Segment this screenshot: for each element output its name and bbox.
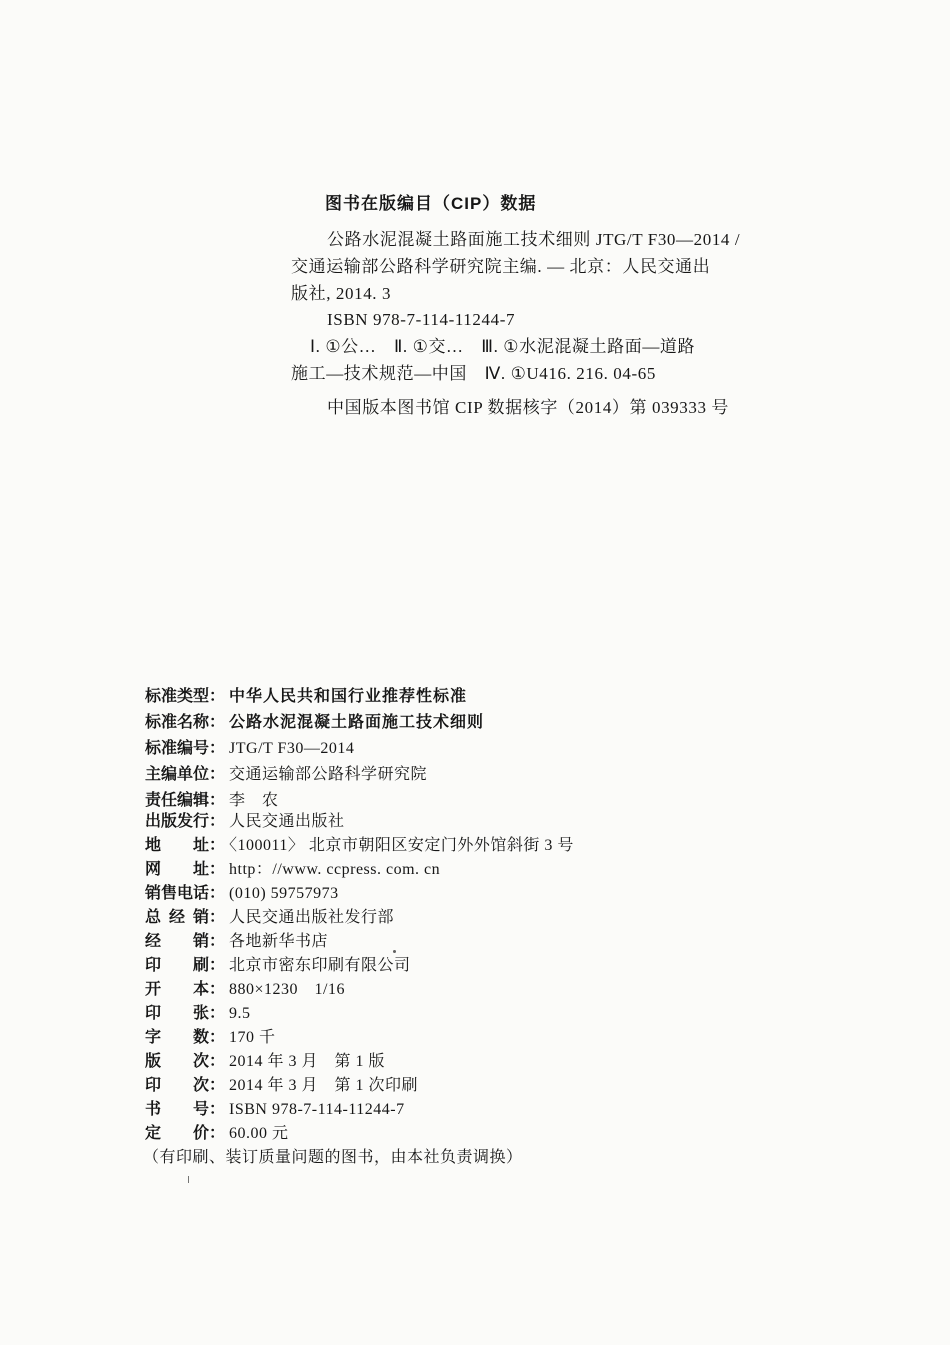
pub-row-word-count: 字数：170 千: [145, 1026, 785, 1050]
row-colon: ：: [209, 909, 225, 926]
row-colon: ：: [209, 957, 225, 974]
row-colon: ：: [209, 933, 225, 950]
row-value: 人民交通出版社发行部: [229, 909, 394, 926]
cip-publisher-line-2: 版社, 2014. 3: [291, 281, 761, 308]
publication-info: 标准类型：中华人民共和国行业推荐性标准 标准名称：公路水泥混凝土路面施工技术细则…: [145, 684, 785, 1170]
row-colon: ：: [209, 885, 225, 902]
cip-publisher-line: 交通运输部公路科学研究院主编. — 北京：人民交通出: [291, 254, 761, 281]
row-label: 书号: [145, 1098, 209, 1122]
row-label: 总经销: [145, 906, 209, 930]
row-value: 2014 年 3 月 第 1 次印刷: [229, 1077, 418, 1094]
pub-row-edition: 版次：2014 年 3 月 第 1 版: [145, 1050, 785, 1074]
row-colon: ：: [209, 792, 225, 809]
cip-heading: 图书在版编目（CIP）数据: [325, 189, 536, 214]
row-value: 交通运输部公路科学研究院: [229, 766, 427, 783]
row-value: 170 千: [229, 1029, 276, 1046]
cip-registry-line: 中国版本图书馆 CIP 数据核字（2014）第 039333 号: [327, 395, 761, 422]
pub-row-printed-sheets: 印张：9.5: [145, 1002, 785, 1026]
cip-classification-line-2: 施工—技术规范—中国 Ⅳ. ①U416. 216. 04-65: [291, 361, 761, 388]
pub-row-chief-editor-unit: 主编单位：交通运输部公路科学研究院: [145, 762, 785, 788]
row-colon: ：: [209, 813, 225, 830]
cip-isbn-line: ISBN 978-7-114-11244-7: [327, 307, 761, 334]
cip-classification-line: Ⅰ. ①公… Ⅱ. ①交… Ⅲ. ①水泥混凝土路面—道路: [310, 334, 761, 361]
cip-body: 公路水泥混凝土路面施工技术细则 JTG/T F30—2014 / 交通运输部公路…: [291, 227, 761, 422]
row-label: 标准类型: [145, 684, 209, 710]
row-label: 销售电话: [145, 882, 209, 906]
row-value: 各地新华书店: [229, 933, 328, 950]
row-value: 人民交通出版社: [229, 813, 345, 830]
pub-row-website: 网址：http：//www. ccpress. com. cn: [145, 858, 785, 882]
row-colon: ：: [209, 861, 225, 878]
pub-row-standard-name: 标准名称：公路水泥混凝土路面施工技术细则: [145, 710, 785, 736]
row-colon: ：: [209, 766, 225, 783]
row-label: 开本: [145, 978, 209, 1002]
row-label: 字数: [145, 1026, 209, 1050]
pub-row-publisher: 出版发行：人民交通出版社: [145, 810, 785, 834]
row-colon: ：: [209, 837, 225, 854]
row-label: 印刷: [145, 954, 209, 978]
row-label: 主编单位: [145, 762, 209, 788]
cip-title-line: 公路水泥混凝土路面施工技术细则 JTG/T F30—2014 /: [327, 227, 761, 254]
pub-row-distributor: 经销：各地新华书店: [145, 930, 785, 954]
row-colon: ：: [209, 1053, 225, 1070]
row-value: 李 农: [229, 792, 279, 809]
row-colon: ：: [209, 981, 225, 998]
row-value: 880×1230 1/16: [229, 981, 345, 998]
pub-row-impression: 印次：2014 年 3 月 第 1 次印刷: [145, 1074, 785, 1098]
row-label: 出版发行: [145, 810, 209, 834]
row-colon: ：: [209, 1029, 225, 1046]
row-value: (010) 59757973: [229, 885, 339, 902]
pub-row-price: 定价：60.00 元: [145, 1122, 785, 1146]
row-value: 9.5: [229, 1005, 251, 1022]
pub-row-sales-phone: 销售电话：(010) 59757973: [145, 882, 785, 906]
scan-speck-tick: [188, 1176, 189, 1183]
row-label: 印张: [145, 1002, 209, 1026]
row-colon: ：: [209, 1125, 225, 1142]
scan-speck-dot: [393, 950, 396, 953]
row-value: 〈100011〉 北京市朝阳区安定门外外馆斜街 3 号: [229, 837, 574, 854]
pub-row-general-distributor: 总经销：人民交通出版社发行部: [145, 906, 785, 930]
pub-row-standard-type: 标准类型：中华人民共和国行业推荐性标准: [145, 684, 785, 710]
book-copyright-page: 图书在版编目（CIP）数据 公路水泥混凝土路面施工技术细则 JTG/T F30—…: [0, 0, 950, 1345]
row-colon: ：: [209, 688, 225, 705]
pub-row-printer: 印刷：北京市密东印刷有限公司: [145, 954, 785, 978]
pub-row-format: 开本：880×1230 1/16: [145, 978, 785, 1002]
row-colon: ：: [209, 1101, 225, 1118]
row-value: http：//www. ccpress. com. cn: [229, 861, 440, 878]
row-value: 中华人民共和国行业推荐性标准: [229, 688, 467, 705]
row-value: 60.00 元: [229, 1125, 289, 1142]
row-colon: ：: [209, 1005, 225, 1022]
row-colon: ：: [209, 740, 225, 757]
row-label: 标准编号: [145, 736, 209, 762]
pub-row-book-number: 书号：ISBN 978-7-114-11244-7: [145, 1098, 785, 1122]
row-value: 北京市密东印刷有限公司: [229, 957, 411, 974]
row-label: 标准名称: [145, 710, 209, 736]
row-label: 版次: [145, 1050, 209, 1074]
row-colon: ：: [209, 1077, 225, 1094]
row-label: 地址: [145, 834, 209, 858]
row-value: 公路水泥混凝土路面施工技术细则: [229, 714, 484, 731]
row-value: ISBN 978-7-114-11244-7: [229, 1101, 405, 1118]
row-value: JTG/T F30—2014: [229, 740, 354, 757]
row-value: 2014 年 3 月 第 1 版: [229, 1053, 385, 1070]
row-label: 经销: [145, 930, 209, 954]
pub-row-standard-number: 标准编号：JTG/T F30—2014: [145, 736, 785, 762]
pub-row-address: 地址：〈100011〉 北京市朝阳区安定门外外馆斜街 3 号: [145, 834, 785, 858]
row-colon: ：: [209, 714, 225, 731]
row-label: 印次: [145, 1074, 209, 1098]
quality-exchange-note: （有印刷、装订质量问题的图书，由本社负责调换）: [143, 1146, 785, 1170]
row-label: 网址: [145, 858, 209, 882]
row-label: 定价: [145, 1122, 209, 1146]
